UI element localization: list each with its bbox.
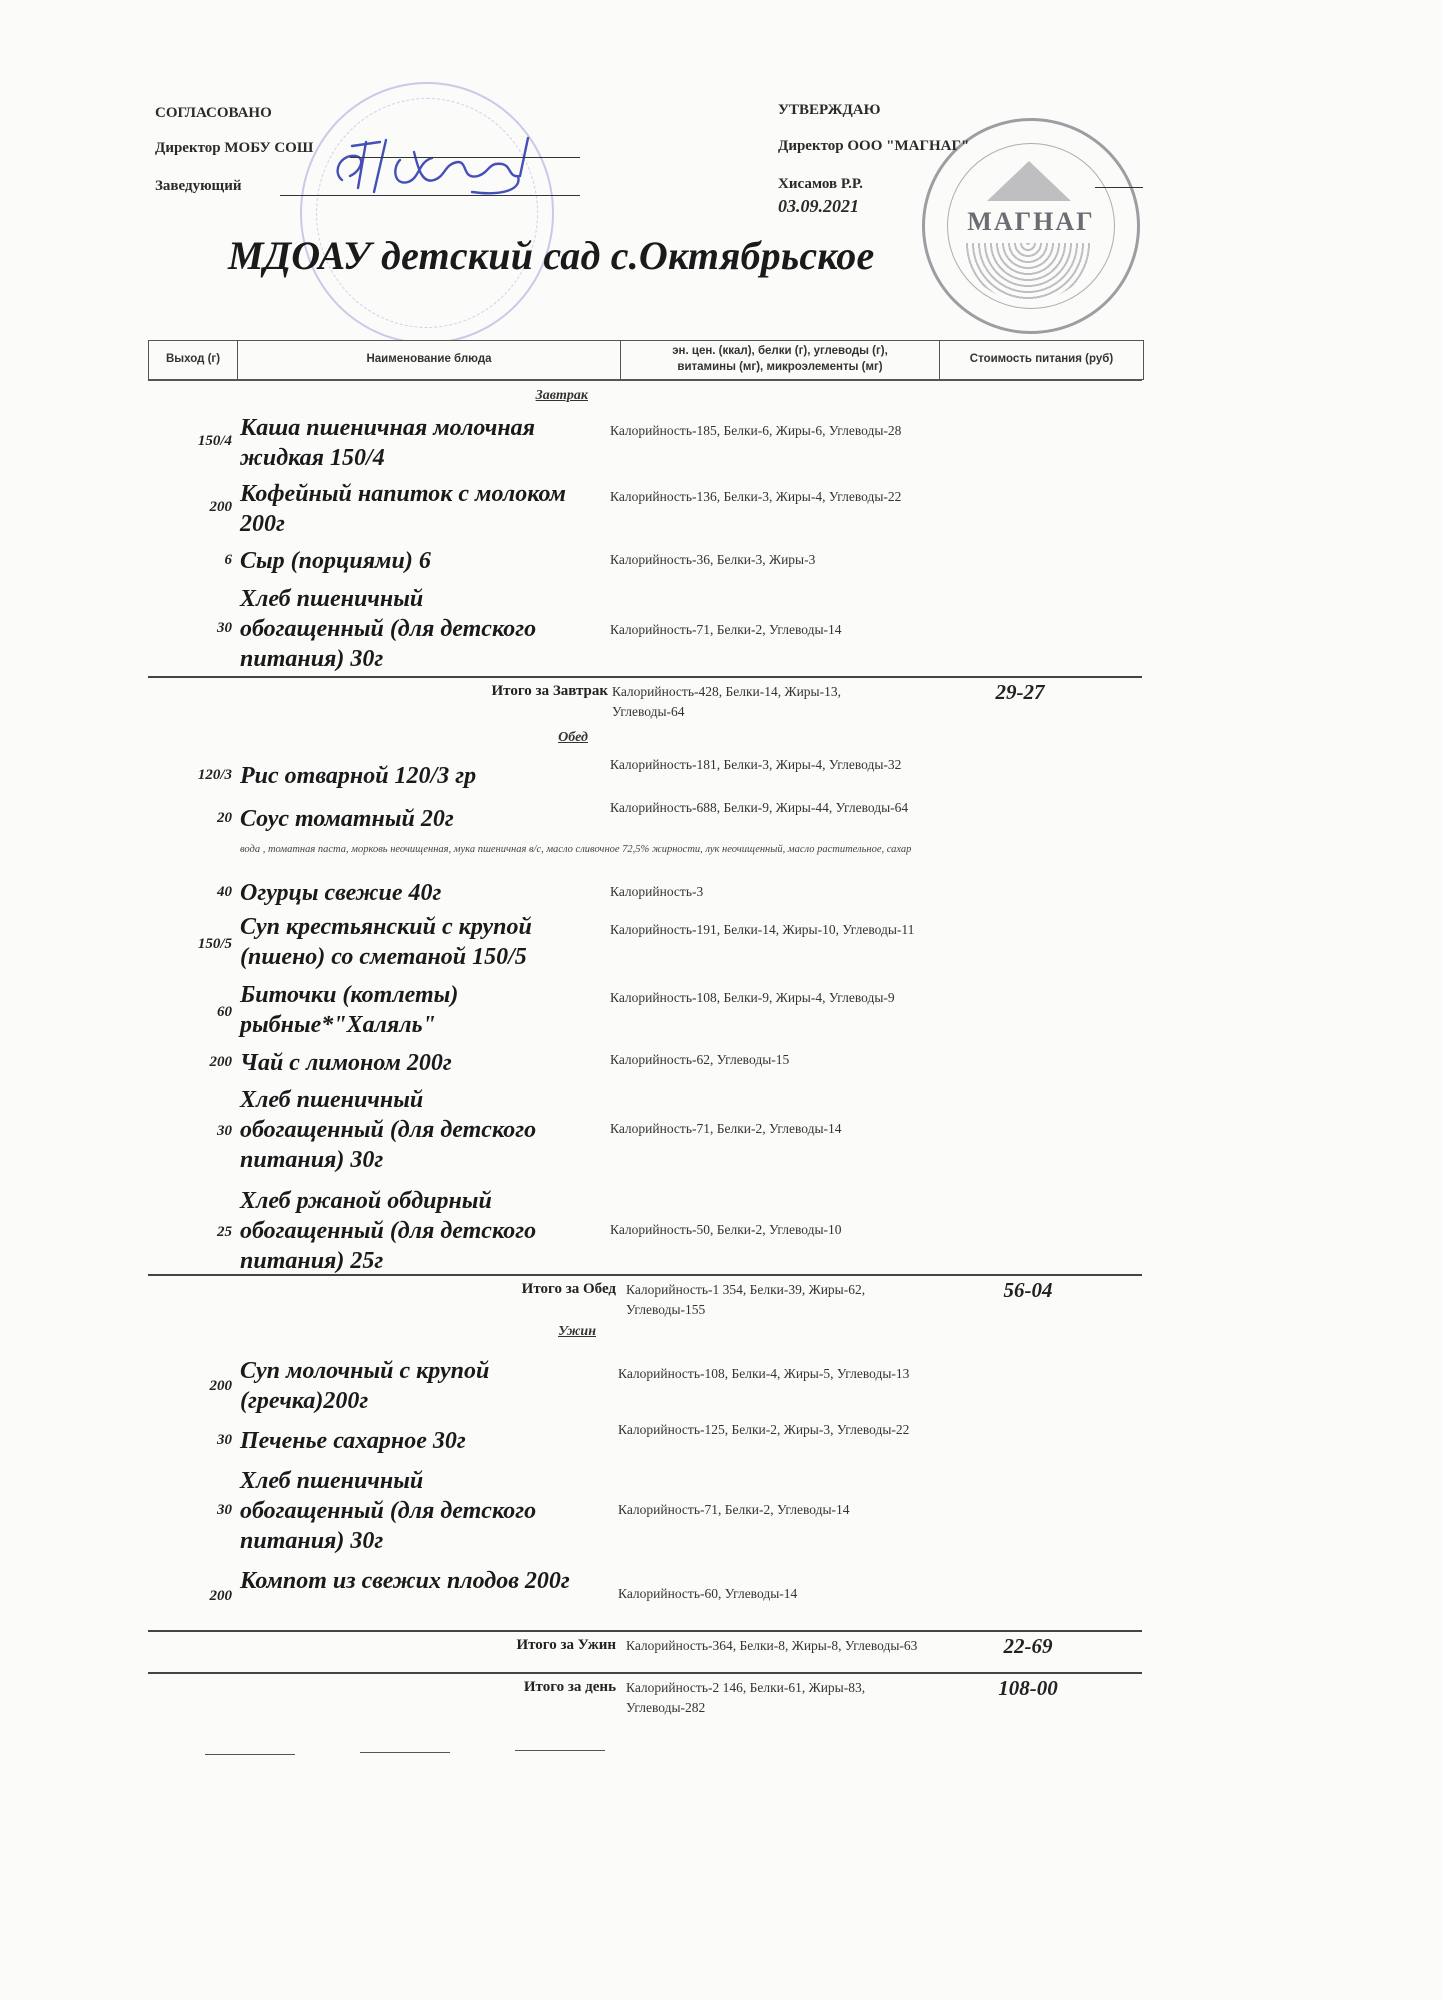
total-nutrition-dinner: Калорийность-364, Белки-8, Жиры-8, Углев… <box>626 1636 926 1656</box>
day-total-label: Итого за день <box>148 1679 616 1696</box>
section-title-dinner: Ужин <box>148 1324 596 1340</box>
school-stamp <box>300 82 554 344</box>
approval-right-line2: Хисамов Р.Р. <box>778 176 863 193</box>
section-rule <box>148 1630 1142 1632</box>
footer-signature-line <box>515 1750 605 1751</box>
signature-line-1 <box>350 157 580 158</box>
col-cost: Стоимость питания (руб) <box>940 341 1143 379</box>
signature-line-2 <box>280 195 580 196</box>
col-yield: Выход (г) <box>149 341 238 379</box>
day-total-rule <box>148 1672 1142 1674</box>
total-nutrition-breakfast: Калорийность-428, Белки-14, Жиры-13, Угл… <box>612 682 912 722</box>
total-label-dinner: Итого за Ужин <box>148 1637 616 1654</box>
section-title-lunch: Обед <box>148 730 588 746</box>
header-rule <box>148 379 1142 381</box>
footer-signature-line <box>205 1754 295 1755</box>
col-nutrition: эн. цен. (ккал), белки (г), углеводы (г)… <box>621 341 940 379</box>
total-cost-lunch: 56-04 <box>968 1278 1088 1303</box>
total-label-breakfast: Итого за Завтрак <box>148 683 608 700</box>
section-title-breakfast: Завтрак <box>148 388 588 404</box>
approval-right-line1: Директор ООО "МАГНАГ" <box>778 138 969 155</box>
total-cost-dinner: 22-69 <box>968 1634 1088 1659</box>
approval-left-heading: СОГЛАСОВАНО <box>155 105 272 122</box>
section-rule <box>148 1274 1142 1276</box>
section-rule <box>148 676 1142 678</box>
total-label-lunch: Итого за Обед <box>148 1281 616 1298</box>
footer-signature-line <box>360 1752 450 1753</box>
day-total-cost: 108-00 <box>968 1676 1088 1701</box>
mountain-emblem-icon <box>987 161 1071 201</box>
approval-date: 03.09.2021 <box>778 196 859 217</box>
approval-right-heading: УТВЕРЖДАЮ <box>778 102 881 119</box>
signature <box>322 132 537 202</box>
total-cost-breakfast: 29-27 <box>960 680 1080 705</box>
approval-left-line2: Заведующий <box>155 178 241 195</box>
page-title: МДОАУ детский сад с.Октябрьское <box>228 232 874 279</box>
day-total-nutrition: Калорийность-2 146, Белки-61, Жиры-83, У… <box>626 1678 936 1718</box>
col-dish: Наименование блюда <box>238 341 621 379</box>
approval-left-line1: Директор МОБУ СОШ <box>155 140 313 157</box>
table-header: Выход (г) Наименование блюда эн. цен. (к… <box>148 340 1144 380</box>
total-nutrition-lunch: Калорийность-1 354, Белки-39, Жиры-62, У… <box>626 1280 926 1320</box>
signature-line-3 <box>1095 187 1143 188</box>
